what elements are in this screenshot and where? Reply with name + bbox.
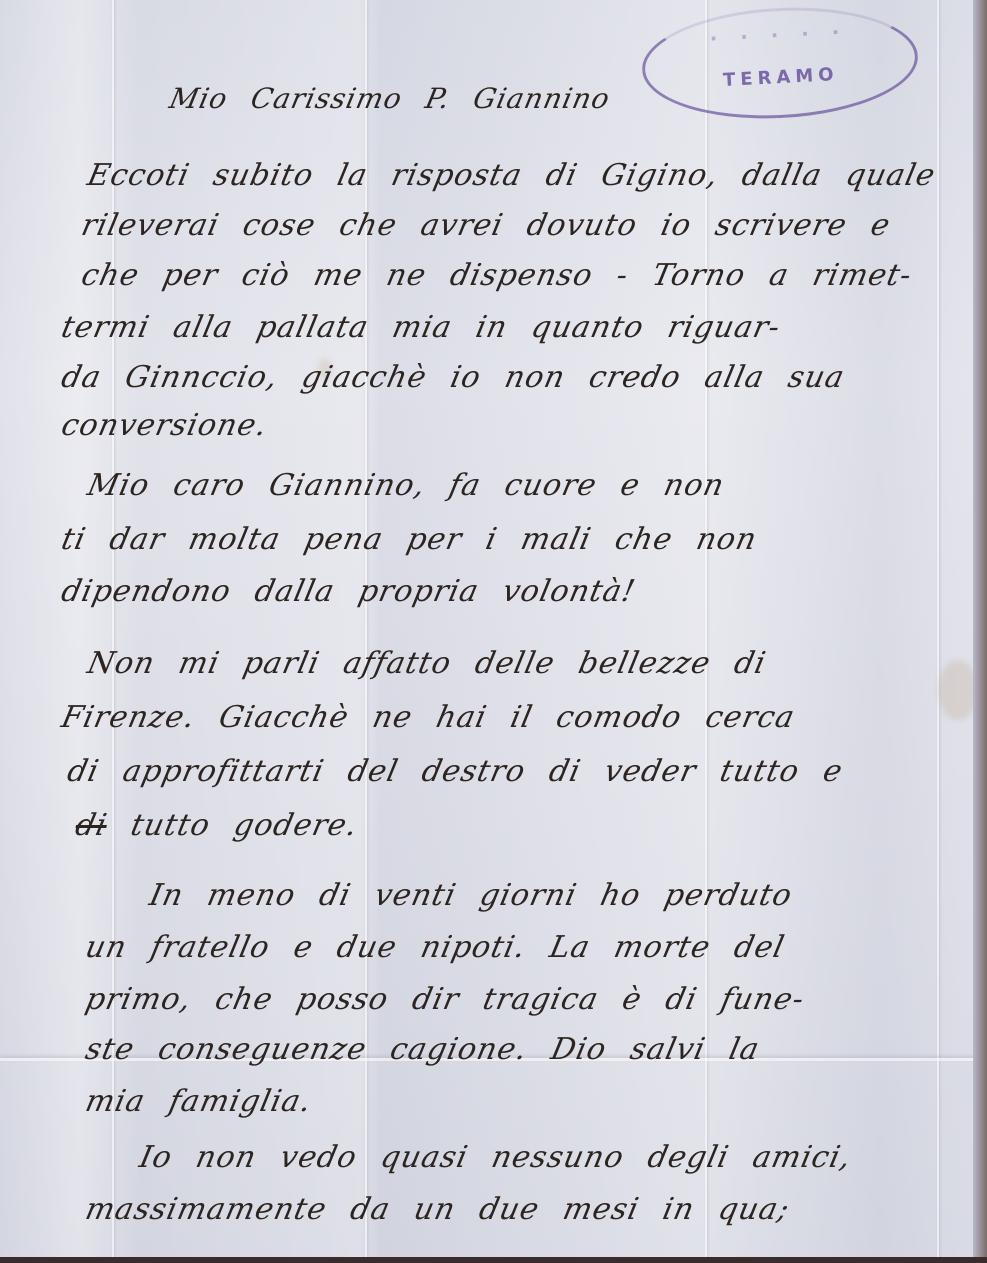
text-line: Firenze. Giacchè ne hai il comodo cerca: [58, 700, 798, 735]
text-line: In meno di venti giorni ho perduto: [146, 878, 795, 913]
text-line: conversione.: [58, 408, 270, 443]
text-line: massimamente da un due mesi in qua;: [82, 1192, 793, 1227]
text-line-with-strike: di tutto godere.: [72, 808, 361, 843]
text-line: mia famiglia.: [82, 1084, 315, 1119]
text-line: da Ginnccio, giacchè io non credo alla s…: [58, 360, 848, 395]
struck-word: di: [72, 808, 110, 843]
salutation: Mio Carissimo P. Giannino: [166, 82, 613, 115]
paper-edge: [973, 0, 987, 1263]
text-line: Non mi parli affatto delle bellezze di: [84, 646, 769, 681]
text-line: primo, che posso dir tragica è di fune-: [82, 982, 807, 1017]
text-line: che per ciò me ne dispenso - Torno a rim…: [78, 258, 915, 293]
text-line: un fratello e due nipoti. La morte del: [82, 930, 788, 965]
paper-stain: [938, 660, 978, 720]
postmark-city: TERAMO: [645, 60, 916, 95]
text-line: Io non vedo quasi nessuno degli amici,: [136, 1140, 854, 1175]
text-line: rileverai cose che avrei dovuto io scriv…: [78, 208, 893, 243]
text-line: ste conseguenze cagione. Dio salvi la: [82, 1032, 763, 1067]
text-line: Eccoti subito la risposta di Gigino, dal…: [84, 158, 938, 193]
text-line: ti dar molta pena per i mali che non: [58, 522, 760, 557]
paper-edge: [0, 1257, 987, 1263]
text-line: termi alla pallata mia in quanto riguar-: [58, 310, 783, 345]
fold-crease: [937, 0, 939, 1263]
text-line: Mio caro Giannino, fa cuore e non: [84, 468, 727, 503]
text-line: di approfittarti del destro di veder tut…: [64, 754, 846, 789]
text-fragment: tutto godere.: [128, 808, 361, 843]
text-line: dipendono dalla propria volontà!: [58, 574, 639, 609]
